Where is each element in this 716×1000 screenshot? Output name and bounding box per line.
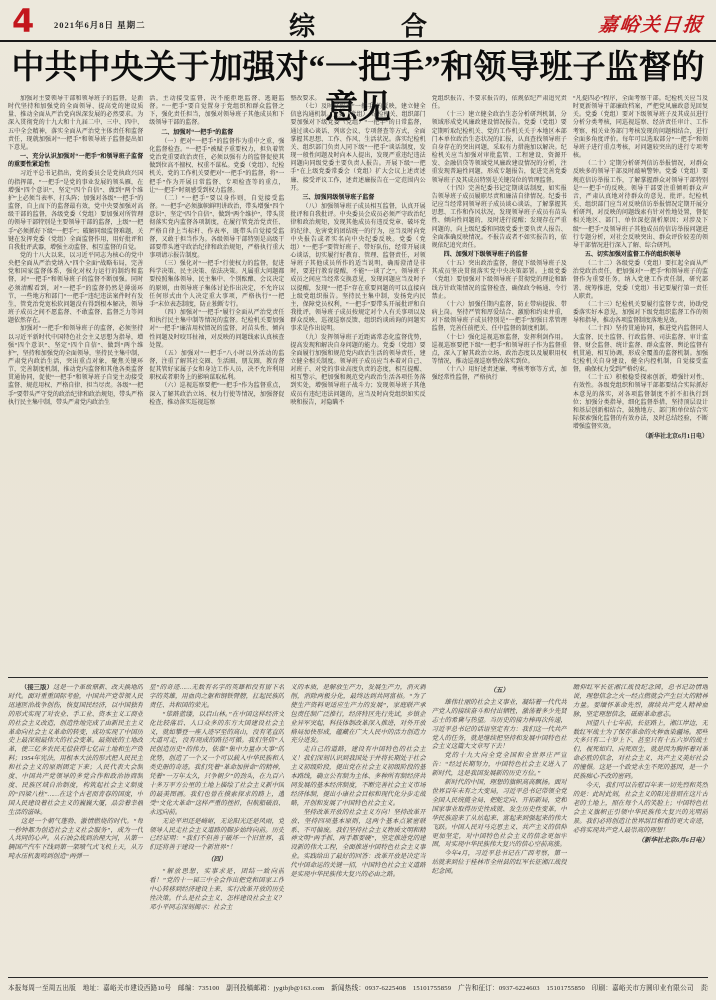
paragraph: “凡提四必”程序，全面考察干部。纪检机关应当及时更新领导干部廉政档案，严把党风廉… [573,95,708,160]
paragraph: （十五）突出政治监督，督促下级领导班子及其成员坚决贯彻落实党中央决策部署。上级党… [432,260,567,301]
paragraph: （十八）用好述责述廉、考核考察等方式，加强经常性监督，严格执行 [432,366,567,382]
paragraph: （十七）强化巡视巡察监督，发挥利剑作用。巡视巡察要把下级“一把手”和领导班子作为… [432,334,567,367]
paragraph: 党的十八大以来，以习近平同志为核心的党中央把全面从严治党纳入“四个全面”战略布局… [8,252,143,325]
section-heading: 二、加强对“一把手”的监督 [149,129,284,137]
paragraph: 今年4月，习近平总书记在广西考察，第一站就来到位于桂林市全州县的红军长征湘江战役… [432,850,567,877]
paragraph: 新时代的中国，理想的旗帜高高飘扬。面对世界百年未有之大变局，习近平总书记带领全党… [432,779,567,850]
paragraph: 加强对“一把手”和领导班子的监督，必须坚持以习近平新时代中国特色社会主义思想为指… [8,325,143,407]
paragraph: 这是一个朝气蓬勃、激情燃烧的时代。“每一秒钟都为创造社会主义社会服务”，成为一代… [8,818,143,863]
paragraph: 整改要求。 [290,95,425,103]
article-divider [8,677,708,678]
paragraph: 党的十九大向全党全国和全世界庄严宣告：“经过长期努力，中国特色社会主义进入了新时… [432,752,567,779]
section-heading: 四、加强对下级领导班子的监督 [432,251,567,259]
paragraph: （十四）完善纪委书记定期谈话制度，如实报告领导班子成员履职尽责和廉洁自律情况。纪… [432,185,567,250]
paragraph: （五）加强对“一把手”八小时以外活动的监督，注重了解其社交圈、生活圈、朋友圈，教… [149,350,284,383]
paragraph: （七）及时掌握对“一把手”的反映，建立健全信息沟通机制。党委（党组）、纪检机关、… [290,103,425,193]
article-column: 义的本质，是解放生产力，发展生产力，消灭剥削，消除两极分化，最终达到共同富裕。“… [290,684,425,972]
continued-from-label: （接三版） [21,684,53,691]
paragraph: “解放思想，实事求是，团结一致向前看！”党的十一届三中全会作出把党和国家工作中心… [149,868,284,913]
newspaper-page: 4 2021年6月8日 星期二 综 合 嘉峪关日报 中共中央关于加强对“一把手”… [0,0,716,1000]
paragraph: 加强对主要领导干部和领导班子的监督，是新时代坚持和加强党的全面领导、提高党的建设… [8,95,143,152]
paragraph: （八）加强领导班子成员相互监督，认真开展批评和自我批评。中央委员会成员必须严守政… [290,203,425,334]
main-article: 加强对主要领导干部和领导班子的监督，是新时代坚持和加强党的全面领导、提高党的建设… [8,95,708,673]
paragraph: 习近平总书记指出，党的委员会是党执政兴国的指挥部，“一把手”是党的事业发展的领头… [8,170,143,252]
paragraph: 无论平坦还是崎岖，无论阳光还是风雨，党领导人民走社会主义道路的脚步始终向前。历史… [149,818,284,854]
paragraph: （二十四）坚持贯通协同，推进党内监督同人大监督、民主监督、行政监督、司法监督、审… [573,325,708,374]
paragraph: 义的本质，是解放生产力，发展生产力，消灭剥削，消除两极分化，最终达到共同富裕。“… [290,684,425,746]
paragraph: （九）发挥领导班子近距离常态化监督优势，提高发现和解决自身问题的能力。党委（党组… [290,334,425,407]
paragraph: “筚路蓝缕，以启山林。”在中国这样经济文化比较落后、人口众多的东方大国建设社会主… [149,711,284,818]
part-marker: （五） [432,687,567,696]
article-column: 活，主动接受监督，决不能拒绝监督、逃避监督。“一把手”要自觉置身于党组织和群众监… [149,95,284,673]
paragraph: （二十二）各级党委（党组）要扛起全面从严治党政治责任，把加强对“一把手”和领导班… [573,260,708,301]
paragraph: （二十五）积极稳妥探索创新，增强针对性、有效性。各级党组织和领导干部都要结合实际… [573,374,708,431]
paragraph: （接三版）这是一个革故鼎新、改天换地的时代。面对重重国际考验，中国共产党带领人民… [8,684,143,818]
paragraph: 雄伟壮丽的社会主义事业，凝结着一代代共产党人的接续奋斗和付出牺牲，激荡着多少先贤… [432,699,567,752]
paragraph: （十三）建立健全政治生态分析研判机制，分领域形成党风廉政建设情况报告。党委（党组… [432,111,567,184]
section-char: 综 [289,6,315,43]
footer-rule [8,977,708,978]
paragraph: 走自己的道路，建设有中国特色的社会主义！我们深刻认识到我国处于并将长期处于社会主… [290,746,425,808]
article-column: （接三版）这是一个革故鼎新、改天换地的时代。面对重重国际考验，中国共产党带领人民… [8,684,143,972]
section-heading: 一、充分认识加强对“一把手”和领导班子监督的重要性紧迫性 [8,153,143,169]
paragraph: （四）加强对“一把手”履行全面从严治党责任和执行民主集中制等情况的监督。纪检机关… [149,309,284,350]
paragraph: （二）“一把手”要以身作则，自觉接受监督。“一把手”必须旗帜鲜明讲政治，带头增强… [149,195,284,260]
footer-info: 本报每周一至周五出版 地址：嘉峪关市建设西路10号 邮编：735100 副刊投稿… [8,982,708,992]
paragraph: 星”的奇迹……无数有名字的英雄和没有留下名字的英雄，用血肉之躯和钢铁臂膀，扛起民… [149,684,284,711]
header-rule [0,40,716,42]
bottom-article: （接三版）这是一个革故鼎新、改天换地的时代。面对重重国际考验，中国共产党带领人民… [8,684,708,972]
wire-credit: （新华社北京6月1日电） [573,433,708,441]
paragraph: （二十三）纪检机关要履行监督专责，协助党委落实好本意见，加强对下级党组织监督工作… [573,301,708,325]
article-column: 整改要求。（七）及时掌握对“一把手”的反映，建立健全信息沟通机制。党委（党组）、… [290,95,425,673]
paragraph: （六）巡视巡察要把“一把手”作为监督重点，深入了解其政治立场、权力行使等情况，加… [149,382,284,406]
paragraph: 今天，我们可以告慰百年来一切先烈和英烈的是：此时此刻，社会主义的阳光普照在这片古… [573,782,708,835]
paragraph: （一）把对“一把手”的监督作为重中之重，强化监督检查。“一把手”被赋予重要权力，… [149,138,284,195]
paragraph: 坚持改革开放的社会主义方向！坚持改革开放、坚持四项基本原则，这两个基本点紧密联系… [290,809,425,880]
paragraph: 瞻仰红军长征湘江战役纪念园，总书记动情地说，理想信念之火一经点燃就会产生巨大的精… [573,684,708,720]
article-column: “凡提四必”程序，全面考察干部。纪检机关应当及时更新领导干部廉政档案，严把党风廉… [573,95,708,673]
article-column: 党组织报告、不要求报告的，依规依纪严肃追究责任。（十三）建立健全政治生态分析研判… [432,95,567,673]
paragraph: 活，主动接受监督，决不能拒绝监督、逃避监督。“一把手”要自觉置身于党组织和群众监… [149,95,284,128]
article-column: 加强对主要领导干部和领导班子的监督，是新时代坚持和加强党的全面领导、提高党的建设… [8,95,143,673]
article-column: 瞻仰红军长征湘江战役纪念园，总书记动情地说，理想信念之火一经点燃就会产生巨大的精… [573,684,708,972]
part-marker: （四） [149,856,284,865]
wire-credit: （新华社北京6月6日电） [573,837,708,846]
paragraph: 党组织报告、不要求报告的，依规依纪严肃追究责任。 [432,95,567,111]
newspaper-masthead: 嘉峪关日报 [598,10,706,37]
article-column: （五）雄伟壮丽的社会主义事业，凝结着一代代共产党人的接续奋斗和付出牺牲，激荡着多… [432,684,567,972]
paragraph: （二十）定期分析研判信访举报情况，对群众反映多的领导干部及时敲响警钟。党委（党组… [573,160,708,250]
article-column: 星”的奇迹……无数有名字的英雄和没有留下名字的英雄，用血肉之躯和钢铁臂膀，扛起民… [149,684,284,972]
paragraph: （十六）加强任期内监督，防止带病提拔、带病上岗。坚持严管和厚爱结合、激励和约束并… [432,301,567,334]
section-char: 合 [401,6,427,43]
section-heading: 三、加强同级领导班子监督 [290,194,425,202]
section-heading: 五、切实加强对监督工作的组织领导 [573,251,708,259]
page-header: 4 2021年6月8日 星期二 综 合 嘉峪关日报 [10,6,706,38]
paragraph: （三）强化对“一把手”行使权力的监督，促进科学决策、民主决策、依法决策。凡属重大… [149,260,284,309]
paragraph: 回望八十七年前，长征路上，湘江岸边，无数红军战士为了保存革命的火种血染疆场。那些… [573,720,708,782]
